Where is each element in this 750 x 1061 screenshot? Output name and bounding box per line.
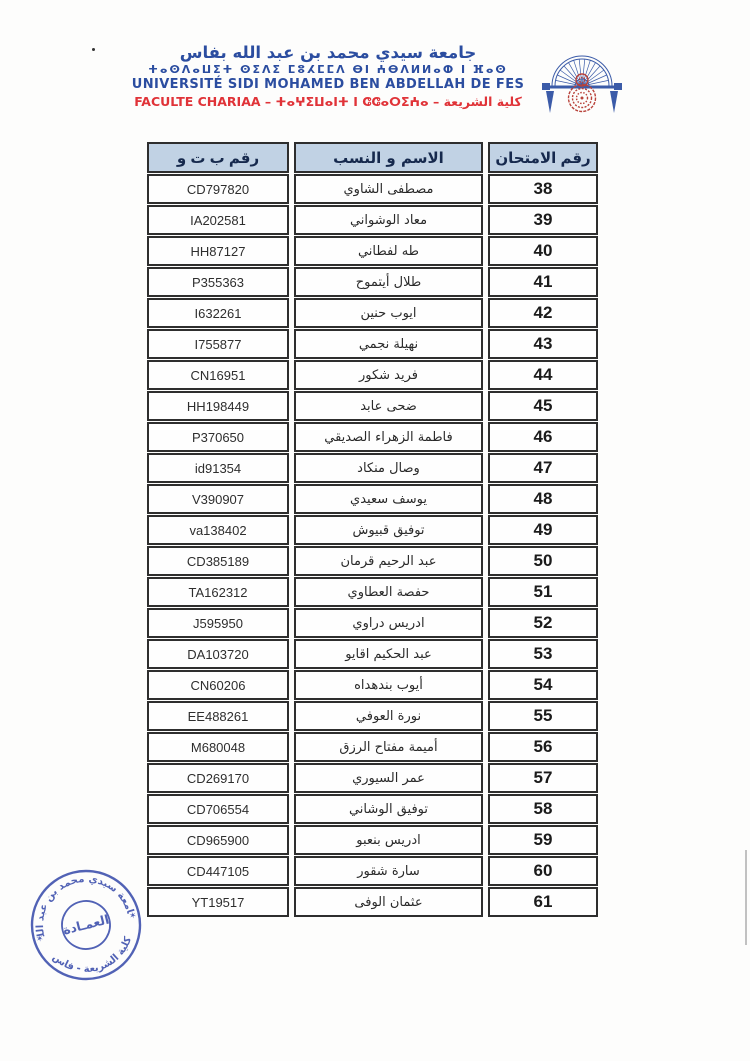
student-name-cell: سارة شقور xyxy=(294,856,483,886)
table-row: 38 مصطفى الشاوي CD797820 xyxy=(147,174,598,204)
exam-number-cell: 38 xyxy=(488,174,598,204)
id-number-cell: CN16951 xyxy=(147,360,289,390)
exam-number-cell: 52 xyxy=(488,608,598,638)
table-row: 59 ادريس بنعبو CD965900 xyxy=(147,825,598,855)
id-number-cell: id91354 xyxy=(147,453,289,483)
exam-roster-table: رقم الامتحان الاسم و النسب رقم ب ت و 38 … xyxy=(142,141,603,918)
scan-artifact-line xyxy=(745,850,747,945)
id-number-cell: P355363 xyxy=(147,267,289,297)
id-number-cell: V390907 xyxy=(147,484,289,514)
table-row: 61 عثمان الوفى YT19517 xyxy=(147,887,598,917)
id-number-cell: CD447105 xyxy=(147,856,289,886)
student-name-cell: وصال منكاد xyxy=(294,453,483,483)
student-name-cell: عمر السيوري xyxy=(294,763,483,793)
id-number-cell: CD385189 xyxy=(147,546,289,576)
student-name-cell: عبد الحكيم اقايو xyxy=(294,639,483,669)
faculty-name-arabic: كلية الشريعة xyxy=(444,94,522,109)
exam-number-cell: 43 xyxy=(488,329,598,359)
id-number-cell: DA103720 xyxy=(147,639,289,669)
stamp-center-text: العمـادة xyxy=(61,912,110,938)
student-name-cell: توفيق الوشاني xyxy=(294,794,483,824)
student-name-cell: ايوب حنين xyxy=(294,298,483,328)
exam-number-cell: 61 xyxy=(488,887,598,917)
student-name-cell: أيوب بندهداه xyxy=(294,670,483,700)
exam-number-cell: 46 xyxy=(488,422,598,452)
exam-number-cell: 49 xyxy=(488,515,598,545)
exam-number-cell: 41 xyxy=(488,267,598,297)
id-number-cell: CD269170 xyxy=(147,763,289,793)
faculty-separator: – xyxy=(433,94,439,109)
roster-table-header: رقم الامتحان الاسم و النسب رقم ب ت و xyxy=(147,142,598,173)
table-row: 48 يوسف سعيدي V390907 xyxy=(147,484,598,514)
table-row: 43 نهيلة نجمي I755877 xyxy=(147,329,598,359)
logo-fan-icon xyxy=(552,56,612,86)
student-name-cell: نهيلة نجمي xyxy=(294,329,483,359)
id-number-cell: TA162312 xyxy=(147,577,289,607)
scanned-document-page: جامعة سيدي محمد بن عبد الله بفاس ⵜⴰⵙⴷⴰⵡⵉ… xyxy=(0,0,750,1061)
student-name-cell: معاد الوشواني xyxy=(294,205,483,235)
table-row: 50 عبد الرحيم قرمان CD385189 xyxy=(147,546,598,576)
ink-dot xyxy=(92,48,95,51)
column-header-id-number: رقم ب ت و xyxy=(147,142,289,173)
id-number-cell: P370650 xyxy=(147,422,289,452)
column-header-name: الاسم و النسب xyxy=(294,142,483,173)
id-number-cell: HH87127 xyxy=(147,236,289,266)
university-name-tifinagh: ⵜⴰⵙⴷⴰⵡⵉⵜ ⵙⵉⴷⵉ ⵎⵓⵃⵎⵎⴷ ⴱⵏ ⵄⴱⴷⵍⵍⴰⵀ ⵏ ⴼⴰⵙ xyxy=(118,64,538,77)
id-number-cell: CD706554 xyxy=(147,794,289,824)
id-number-cell: I755877 xyxy=(147,329,289,359)
university-logo-icon xyxy=(534,55,634,119)
table-row: 40 طه لفطاني HH87127 xyxy=(147,236,598,266)
student-name-cell: فريد شكور xyxy=(294,360,483,390)
student-name-cell: ادريس بنعبو xyxy=(294,825,483,855)
exam-number-cell: 60 xyxy=(488,856,598,886)
table-row: 56 أميمة مفتاح الرزق M680048 xyxy=(147,732,598,762)
exam-number-cell: 50 xyxy=(488,546,598,576)
exam-number-cell: 47 xyxy=(488,453,598,483)
column-header-exam-number: رقم الامتحان xyxy=(488,142,598,173)
student-name-cell: طه لفطاني xyxy=(294,236,483,266)
table-row: 51 حفصة العطاوي TA162312 xyxy=(147,577,598,607)
exam-number-cell: 58 xyxy=(488,794,598,824)
university-letterhead: جامعة سيدي محمد بن عبد الله بفاس ⵜⴰⵙⴷⴰⵡⵉ… xyxy=(118,44,538,109)
table-row: 53 عبد الحكيم اقايو DA103720 xyxy=(147,639,598,669)
exam-number-cell: 53 xyxy=(488,639,598,669)
exam-number-cell: 45 xyxy=(488,391,598,421)
id-number-cell: CD797820 xyxy=(147,174,289,204)
exam-number-cell: 48 xyxy=(488,484,598,514)
stamp-bottom-arc-text: كلية الشريعة - فاس xyxy=(48,933,140,984)
exam-number-cell: 56 xyxy=(488,732,598,762)
student-name-cell: ادريس دراوي xyxy=(294,608,483,638)
exam-number-cell: 39 xyxy=(488,205,598,235)
student-name-cell: فاطمة الزهراء الصديقي xyxy=(294,422,483,452)
id-number-cell: CD965900 xyxy=(147,825,289,855)
id-number-cell: J595950 xyxy=(147,608,289,638)
deanship-stamp: جامعة سيدي محمد بن عبد الله كلية الشريعة… xyxy=(21,860,151,990)
faculty-name-tifinagh: ⵜⴰⵖⵉⵡⴰⵏⵜ ⵏ ⵛⵛⴰⵔⵉⵄⴰ xyxy=(276,94,429,109)
exam-number-cell: 42 xyxy=(488,298,598,328)
header-row: رقم الامتحان الاسم و النسب رقم ب ت و xyxy=(147,142,598,173)
student-name-cell: عثمان الوفى xyxy=(294,887,483,917)
id-number-cell: CN60206 xyxy=(147,670,289,700)
university-name-arabic: جامعة سيدي محمد بن عبد الله بفاس xyxy=(118,44,538,63)
exam-number-cell: 44 xyxy=(488,360,598,390)
table-row: 57 عمر السيوري CD269170 xyxy=(147,763,598,793)
table-row: 52 ادريس دراوي J595950 xyxy=(147,608,598,638)
student-name-cell: مصطفى الشاوي xyxy=(294,174,483,204)
exam-number-cell: 40 xyxy=(488,236,598,266)
table-row: 41 طلال أيتموح P355363 xyxy=(147,267,598,297)
exam-number-cell: 57 xyxy=(488,763,598,793)
stamp-star-right-icon: ✶ xyxy=(128,911,138,923)
table-row: 49 توفيق قبيوش va138402 xyxy=(147,515,598,545)
id-number-cell: va138402 xyxy=(147,515,289,545)
exam-number-cell: 51 xyxy=(488,577,598,607)
id-number-cell: EE488261 xyxy=(147,701,289,731)
student-name-cell: ضحى عابد xyxy=(294,391,483,421)
exam-number-cell: 59 xyxy=(488,825,598,855)
faculty-name-french: FACULTE CHARIAA xyxy=(134,94,260,109)
id-number-cell: HH198449 xyxy=(147,391,289,421)
table-row: 46 فاطمة الزهراء الصديقي P370650 xyxy=(147,422,598,452)
id-number-cell: YT19517 xyxy=(147,887,289,917)
faculty-name-line: FACULTE CHARIAA – ⵜⴰⵖⵉⵡⴰⵏⵜ ⵏ ⵛⵛⴰⵔⵉⵄⴰ – ك… xyxy=(118,95,538,109)
exam-number-cell: 55 xyxy=(488,701,598,731)
id-number-cell: I632261 xyxy=(147,298,289,328)
student-name-cell: طلال أيتموح xyxy=(294,267,483,297)
table-row: 54 أيوب بندهداه CN60206 xyxy=(147,670,598,700)
faculty-separator: – xyxy=(265,94,271,109)
student-name-cell: حفصة العطاوي xyxy=(294,577,483,607)
id-number-cell: M680048 xyxy=(147,732,289,762)
table-row: 39 معاد الوشواني IA202581 xyxy=(147,205,598,235)
table-row: 45 ضحى عابد HH198449 xyxy=(147,391,598,421)
table-row: 44 فريد شكور CN16951 xyxy=(147,360,598,390)
roster-table-body: 38 مصطفى الشاوي CD797820 39 معاد الوشوان… xyxy=(147,174,598,917)
student-name-cell: يوسف سعيدي xyxy=(294,484,483,514)
table-row: 55 نورة العوفي EE488261 xyxy=(147,701,598,731)
table-row: 60 سارة شقور CD447105 xyxy=(147,856,598,886)
table-row: 47 وصال منكاد id91354 xyxy=(147,453,598,483)
table-row: 42 ايوب حنين I632261 xyxy=(147,298,598,328)
exam-number-cell: 54 xyxy=(488,670,598,700)
student-name-cell: أميمة مفتاح الرزق xyxy=(294,732,483,762)
table-row: 58 توفيق الوشاني CD706554 xyxy=(147,794,598,824)
student-name-cell: نورة العوفي xyxy=(294,701,483,731)
student-name-cell: توفيق قبيوش xyxy=(294,515,483,545)
university-name-french: UNIVERSITÉ SIDI MOHAMED BEN ABDELLAH DE … xyxy=(118,78,538,93)
id-number-cell: IA202581 xyxy=(147,205,289,235)
student-name-cell: عبد الرحيم قرمان xyxy=(294,546,483,576)
svg-text:كلية الشريعة - فاس: كلية الشريعة - فاس xyxy=(48,933,140,984)
logo-medallion-icon xyxy=(569,74,596,112)
